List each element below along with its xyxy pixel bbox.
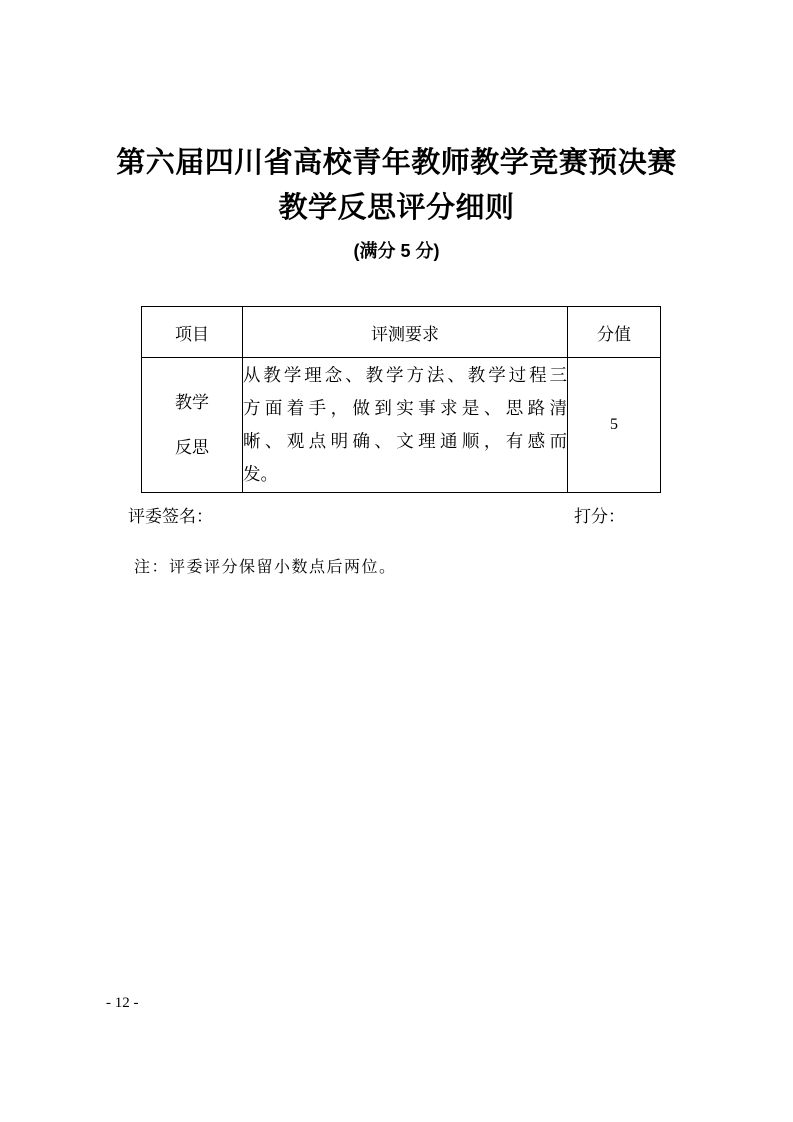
requirement-line-3: 晰、观点明确、文理通顺，有感而 xyxy=(243,425,567,458)
score-cell: 5 xyxy=(568,358,661,493)
requirement-line-4: 发。 xyxy=(243,458,567,491)
judge-signature-label: 评委签名： xyxy=(128,502,213,527)
table-row: 教学 反思 从教学理念、教学方法、教学过程三 方面着手，做到实事求是、思路清 晰… xyxy=(142,358,661,493)
title-line-1: 第六届四川省高校青年教师教学竞赛预决赛 xyxy=(0,141,793,186)
title-line-2: 教学反思评分细则 xyxy=(0,186,793,231)
header-cell-score: 分值 xyxy=(568,307,661,358)
document-title: 第六届四川省高校青年教师教学竞赛预决赛 教学反思评分细则 xyxy=(0,141,793,231)
score-entry-label: 打分： xyxy=(574,502,625,527)
table-header-row: 项目 评测要求 分值 xyxy=(142,307,661,358)
scoring-rubric-table: 项目 评测要求 分值 教学 反思 从教学理念、教学方法、教学过程三 方面着手，做… xyxy=(141,306,661,493)
requirement-line-1: 从教学理念、教学方法、教学过程三 xyxy=(243,359,567,392)
requirement-line-2: 方面着手，做到实事求是、思路清 xyxy=(243,392,567,425)
item-line-2: 反思 xyxy=(142,425,242,470)
item-cell: 教学 反思 xyxy=(142,358,243,493)
subtitle-max-score: (满分 5 分) xyxy=(0,237,793,263)
header-cell-requirement: 评测要求 xyxy=(243,307,568,358)
document-page: 第六届四川省高校青年教师教学竞赛预决赛 教学反思评分细则 (满分 5 分) 项目… xyxy=(0,0,793,1122)
page-number: - 12 - xyxy=(106,995,139,1012)
header-cell-item: 项目 xyxy=(142,307,243,358)
requirement-cell: 从教学理念、教学方法、教学过程三 方面着手，做到实事求是、思路清 晰、观点明确、… xyxy=(243,358,568,493)
item-line-1: 教学 xyxy=(142,380,242,425)
note-text: 注：评委评分保留小数点后两位。 xyxy=(134,554,397,577)
